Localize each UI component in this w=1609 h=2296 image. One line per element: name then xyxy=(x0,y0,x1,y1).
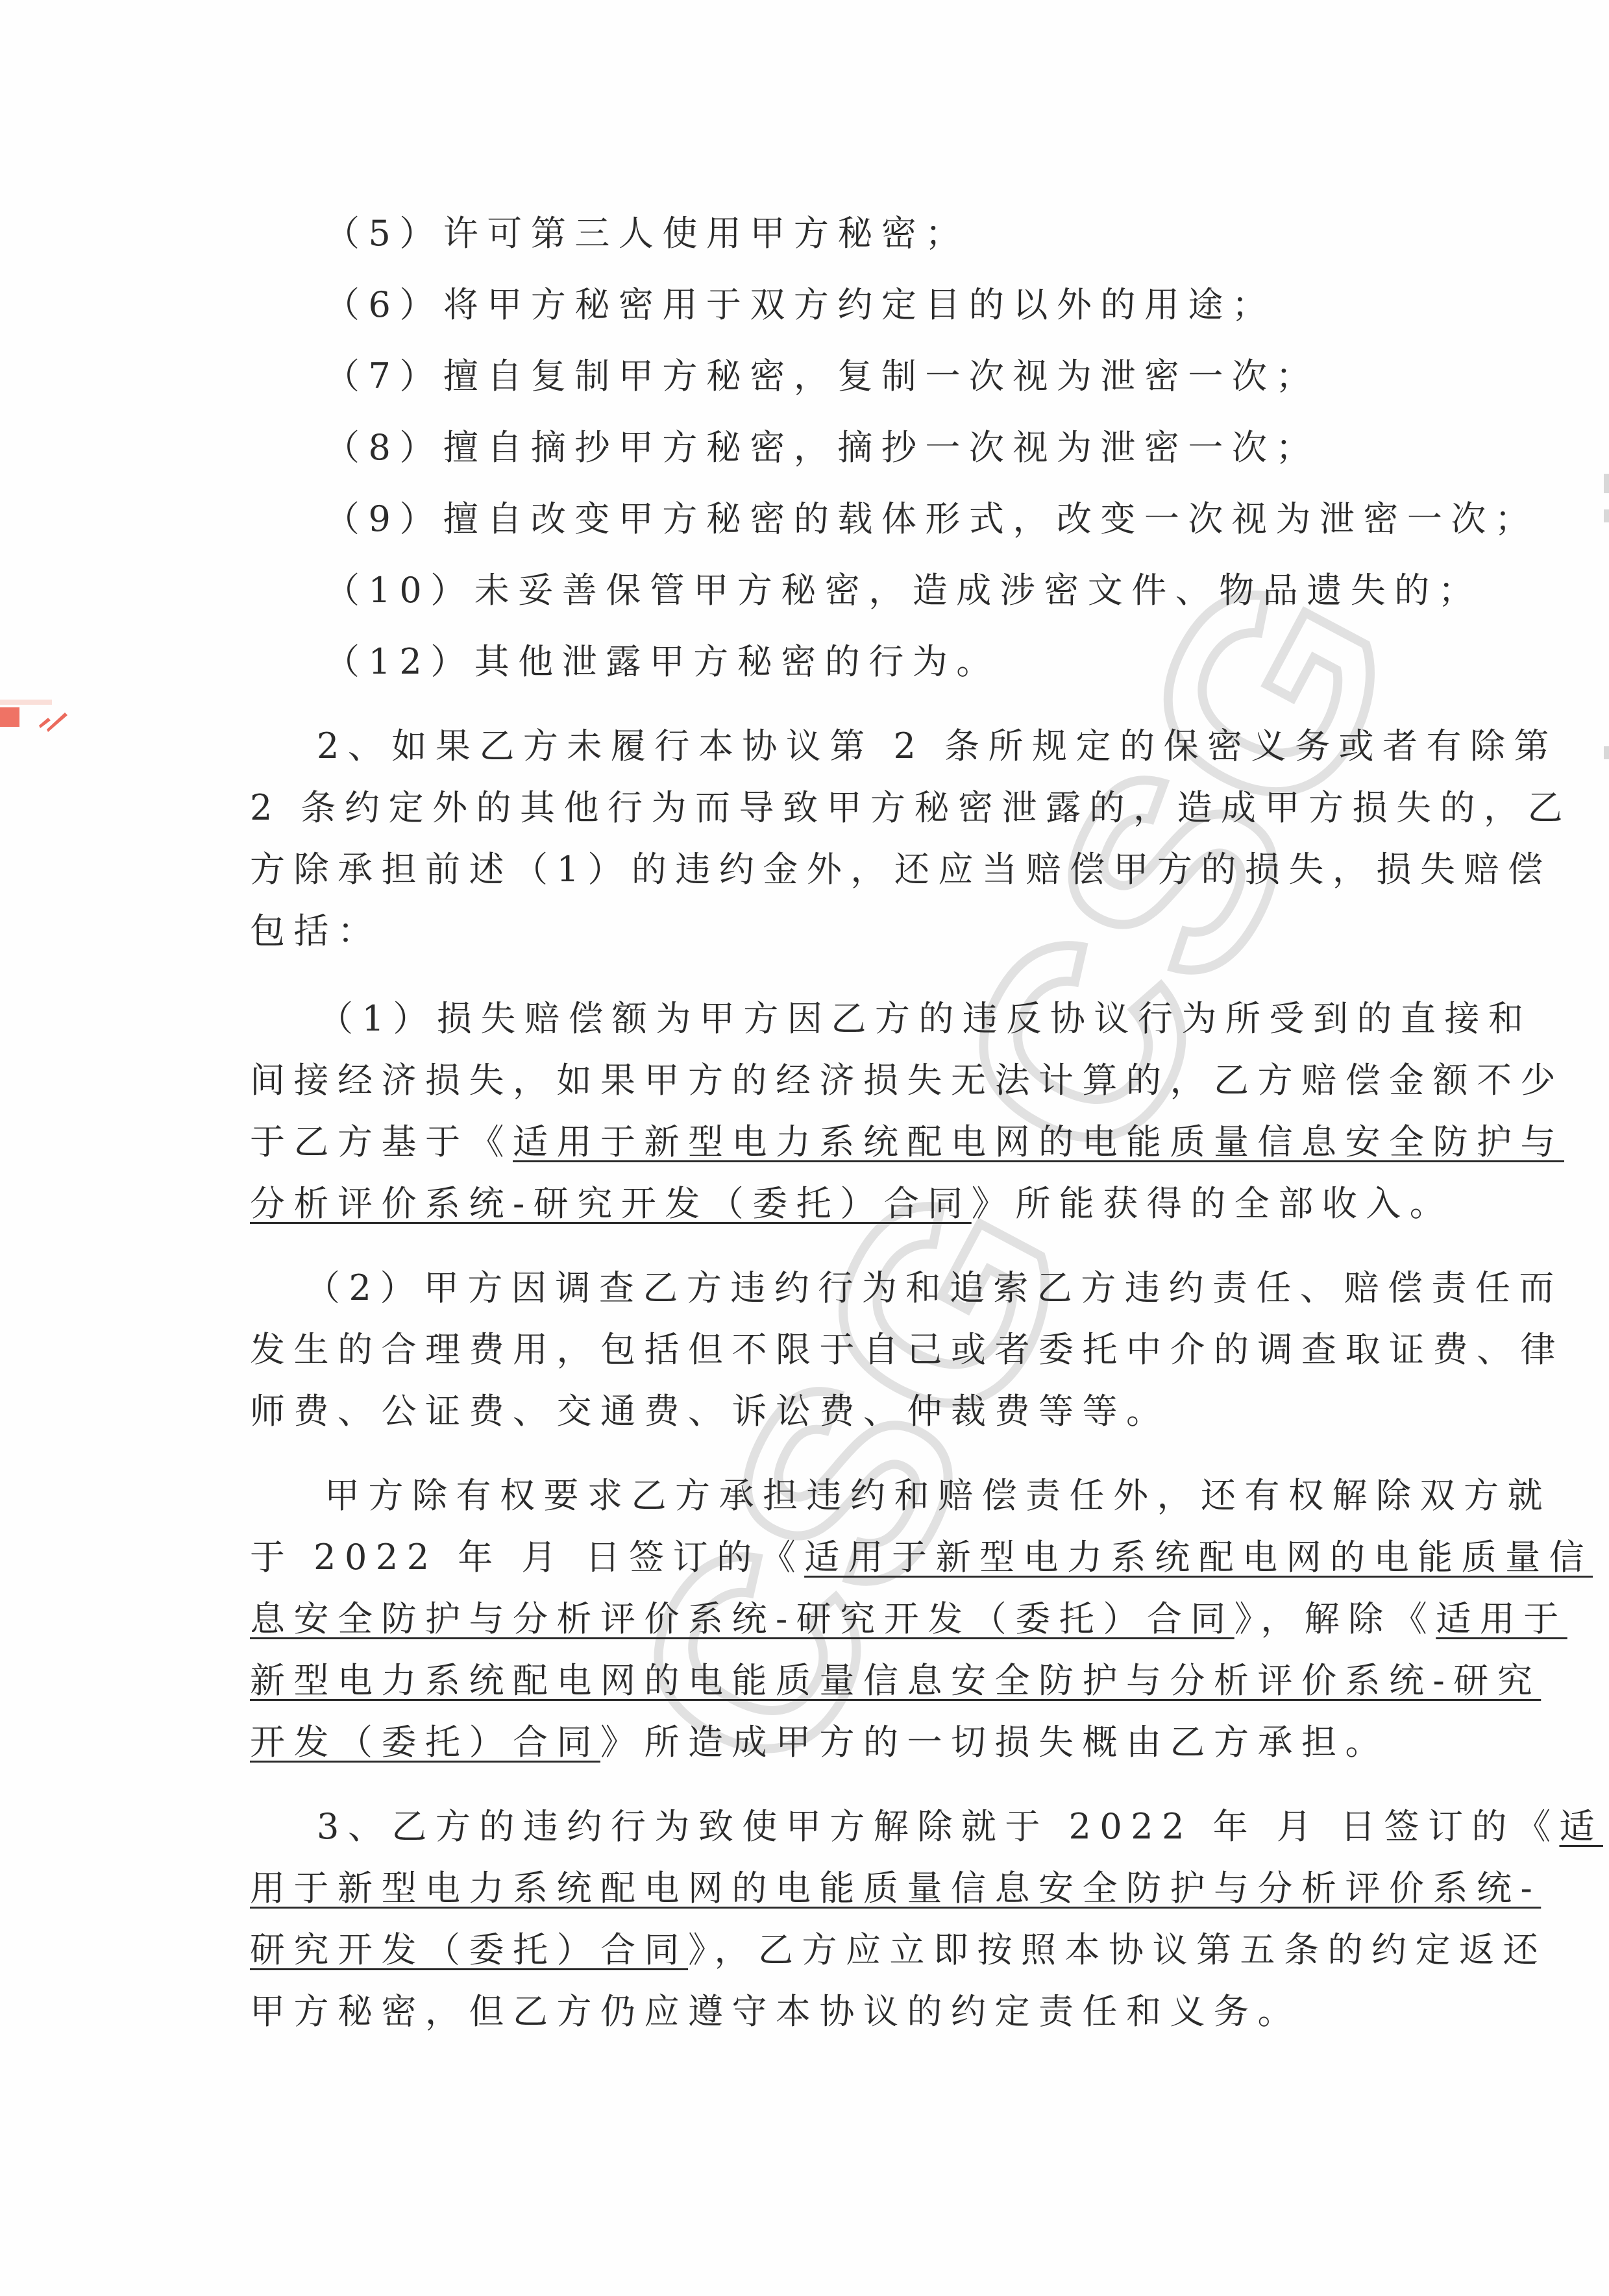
termination-line: 开发（委托）合同》所造成甲方的一切损失概由乙方承担。 xyxy=(250,1720,1361,1765)
list-item: （10）未妥善保管甲方秘密，造成涉密文件、物品遗失的； xyxy=(325,568,1436,613)
contract-title-underlined: 适 xyxy=(1559,1806,1603,1847)
contract-title-underlined: 适用于新型电力系统配电网的电能质量信 xyxy=(804,1537,1593,1578)
termination-line: 甲方除有权要求乙方承担违约和赔偿责任外，还有权解除双方就 xyxy=(325,1473,1436,1519)
termination-line: 息安全防护与分析评价系统-研究开发（委托）合同》，解除《适用于 xyxy=(250,1596,1361,1642)
list-item: （6）将甲方秘密用于双方约定目的以外的用途； xyxy=(325,282,1436,328)
contract-title-underlined: 息安全防护与分析评价系统-研究开发（委托）合同 xyxy=(250,1598,1234,1639)
clause-3-line: 3、乙方的违约行为致使甲方解除就于 2022 年 月 日签订的《适 xyxy=(317,1804,1428,1850)
scan-edge-mark xyxy=(1604,509,1609,522)
red-stamp-fragment xyxy=(0,688,84,740)
termination-line: 新型电力系统配电网的电能质量信息安全防护与分析评价系统-研究 xyxy=(250,1658,1361,1704)
sub-clause-2-line: 发生的合理费用，包括但不限于自己或者委托中介的调查取证费、律 xyxy=(250,1327,1361,1373)
sub-clause-2-line: 师费、公证费、交通费、诉讼费、仲裁费等等。 xyxy=(250,1389,1361,1434)
clause-2-line: 2、如果乙方未履行本协议第 2 条所规定的保密义务或者有除第 xyxy=(317,724,1428,769)
contract-title-underlined: 适用于 xyxy=(1436,1598,1567,1639)
contract-title-underlined: 新型电力系统配电网的电能质量信息安全防护与分析评价系统-研究 xyxy=(250,1660,1541,1701)
text: 》所造成甲方的一切损失概由乙方承担。 xyxy=(600,1722,1389,1763)
list-item: （7）擅自复制甲方秘密，复制一次视为泄密一次； xyxy=(325,354,1436,399)
text: 》，解除《 xyxy=(1234,1598,1436,1639)
text: 》所能获得的全部收入。 xyxy=(972,1183,1454,1224)
clause-2-line: 包括： xyxy=(250,909,1361,954)
text: 于 2022 年 月 日签订的《 xyxy=(250,1537,804,1578)
clause-3-line: 甲方秘密，但乙方仍应遵守本协议的约定责任和义务。 xyxy=(250,1989,1361,2034)
document-page: CSG CSG （5）许可第三人使用甲方秘密； （6）将甲方秘密用于双方约定目的… xyxy=(0,0,1609,2296)
clause-3-line: 用于新型电力系统配电网的电能质量信息安全防护与分析评价系统- xyxy=(250,1866,1361,1911)
list-item: （9）擅自改变甲方秘密的载体形式，改变一次视为泄密一次； xyxy=(325,496,1436,542)
sub-clause-1-line: 于乙方基于《适用于新型电力系统配电网的电能质量信息安全防护与 xyxy=(250,1119,1361,1165)
text: 3、乙方的违约行为致使甲方解除就于 2022 年 月 日签订的《 xyxy=(317,1806,1559,1847)
termination-line: 于 2022 年 月 日签订的《适用于新型电力系统配电网的电能质量信 xyxy=(250,1535,1361,1580)
text: 于乙方基于《 xyxy=(250,1121,513,1162)
clause-2-line: 2 条约定外的其他行为而导致甲方秘密泄露的，造成甲方损失的，乙 xyxy=(250,785,1361,831)
list-item: （8）擅自摘抄甲方秘密，摘抄一次视为泄密一次； xyxy=(325,425,1436,470)
contract-title-underlined: 用于新型电力系统配电网的电能质量信息安全防护与分析评价系统- xyxy=(250,1868,1541,1909)
list-item: （5）许可第三人使用甲方秘密； xyxy=(325,211,1436,256)
scan-edge-mark xyxy=(1604,746,1609,759)
sub-clause-2-line: （2）甲方因调查乙方违约行为和追索乙方违约责任、赔偿责任而 xyxy=(305,1265,1416,1311)
contract-title-underlined: 研究开发（委托）合同 xyxy=(250,1929,688,1970)
scan-edge-mark xyxy=(1604,474,1609,493)
sub-clause-1-line: 间接经济损失，如果甲方的经济损失无法计算的，乙方赔偿金额不少 xyxy=(250,1058,1361,1103)
text: 》，乙方应立即按照本协议第五条的约定返还 xyxy=(688,1929,1547,1970)
contract-title-underlined: 分析评价系统-研究开发（委托）合同 xyxy=(250,1183,972,1224)
contract-title-underlined: 开发（委托）合同 xyxy=(250,1722,600,1763)
sub-clause-1-line: 分析评价系统-研究开发（委托）合同》所能获得的全部收入。 xyxy=(250,1181,1361,1227)
list-item: （12）其他泄露甲方秘密的行为。 xyxy=(325,639,1436,685)
clause-3-line: 研究开发（委托）合同》，乙方应立即按照本协议第五条的约定返还 xyxy=(250,1927,1361,1973)
contract-title-underlined: 适用于新型电力系统配电网的电能质量信息安全防护与 xyxy=(513,1121,1564,1162)
sub-clause-1-line: （1）损失赔偿额为甲方因乙方的违反协议行为所受到的直接和 xyxy=(318,996,1429,1042)
clause-2-line: 方除承担前述（1）的违约金外，还应当赔偿甲方的损失，损失赔偿 xyxy=(250,847,1361,892)
